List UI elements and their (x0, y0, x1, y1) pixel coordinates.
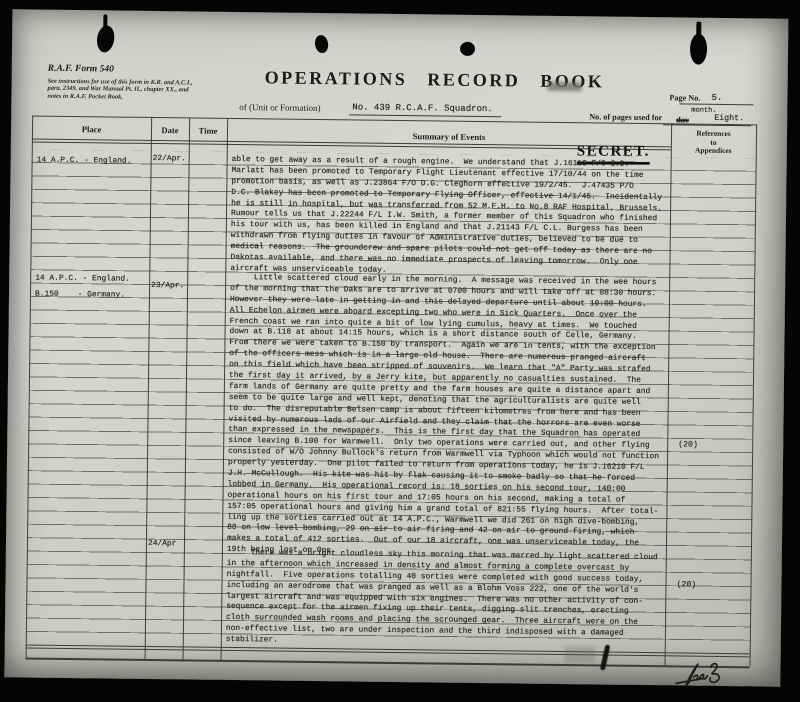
col-header-references-line3: Appendices (671, 147, 756, 157)
unit-underline (349, 114, 501, 117)
page-no-label: Page No. (669, 93, 700, 102)
photo-background: R.A.F. Form 540 See instructions for use… (0, 0, 800, 702)
entry-1-date: 22/Apr. (153, 154, 186, 163)
reference-note-1: (20) (678, 440, 698, 449)
entry-3-summary: There was a bright cloudless sky this mo… (226, 548, 671, 651)
pencil-smudge-bottom (565, 646, 595, 662)
ink-smudge-title (548, 82, 582, 91)
pages-used-value: Eight. (714, 114, 744, 123)
col-header-place: Place (32, 124, 151, 135)
unit-label: of (Unit or Formation) (239, 102, 320, 113)
form-page: R.A.F. Form 540 See instructions for use… (4, 9, 788, 686)
binder-hole-4-tail (696, 22, 701, 40)
col-header-date: Date (151, 125, 189, 135)
binder-hole-2 (314, 34, 330, 54)
form-instructions: See instructions for use of this form in… (47, 78, 262, 103)
binder-hole-3 (460, 42, 475, 56)
col-header-time: Time (189, 125, 227, 135)
entry-2-date: 23/Apr. (151, 281, 184, 290)
form-instructions-line3: notes in R.A.F. Pocket Book. (47, 93, 262, 103)
page-no-underline (679, 103, 753, 105)
signature-mark (672, 657, 732, 688)
reference-note-2: (20) (676, 580, 696, 589)
form-number: R.A.F. Form 540 (48, 64, 114, 75)
table-bottom-edge (26, 657, 750, 668)
binder-hole-1-tail (103, 14, 107, 30)
entry-1-summary: able to get away as a result of a rough … (230, 155, 675, 280)
entry-1-place: 14 A.P.C. - England. (37, 153, 149, 170)
entry-2-place: 14 A.P.C. - England.B.150 - Germany. (35, 271, 147, 304)
pages-used-inserted-word: month. (691, 107, 716, 115)
col-header-references: References to Appendices (671, 129, 756, 156)
unit-value: No. 439 R.C.A.F. Squadron. (352, 102, 493, 114)
pages-used-label: No. of pages used for (589, 112, 662, 122)
entry-2-summary: Little scattered cloud early in the morn… (227, 273, 674, 562)
page-no-value: 5. (711, 93, 722, 103)
entry-3-date: 24/Apr (148, 539, 177, 548)
